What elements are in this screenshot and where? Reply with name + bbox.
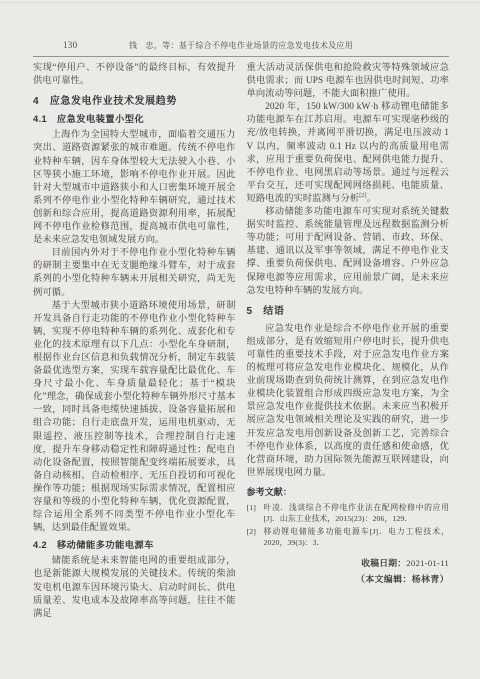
page-header: 130 钱 忠，等：基于综合不停电作业场景的应急发电技术及应用 <box>33 40 449 54</box>
column-right: 重大活动灵活保供电和抢险救灾等特殊领域应急供电需求；而 UPS 电源车也因供电时… <box>247 62 450 621</box>
paragraph-continuation: 重大活动灵活保供电和抢险救灾等特殊领域应急供电需求；而 UPS 电源车也因供电时… <box>247 62 450 101</box>
reference-label: [1] <box>247 502 264 525</box>
section-heading-5: 5 结语 <box>247 305 450 318</box>
subsection-heading-4-2: 4.2 移动储能多功能电源车 <box>33 539 236 552</box>
paragraph: 上海作为全国特大型城市，面临着交通压力突出、道路资源紧张的城市难题。传统不停电作… <box>33 129 236 247</box>
paragraph-text: 。 <box>367 194 376 204</box>
section-heading-4: 4 应急发电作业技术发展趋势 <box>33 95 236 108</box>
scan-edge-line <box>0 2 480 3</box>
paragraph: 移动储能多功能电源车可实现对系统关键数据实时监控、系统能量管理及远程数据监测分析… <box>247 206 450 298</box>
header-rule <box>33 56 449 57</box>
reference-text: 叶凌．浅谈综合不停电作业法在配网检修中的应用[J]．山东工业技术，2015(23… <box>264 502 450 525</box>
paragraph: 2020 年，150 kW/300 kW·h 移动锂电储能多功能电源车在江苏启用… <box>247 101 450 206</box>
paragraph: 基于大型城市狭小道路环境使用场景，研制开发具备自行走功能的不停电作业小型化特种车… <box>33 300 236 536</box>
reference-label: [2] <box>247 526 264 549</box>
reference-text: 移动锂电储能多功能电源车[J]．电力工程技术，2020，39(3)：3． <box>264 526 450 549</box>
received-date-line: 收稿日期：2021-01-11 <box>247 557 450 570</box>
citation-marker: [2] <box>359 193 366 199</box>
editor-note: （本文编辑：杨林青） <box>247 573 450 586</box>
paragraph: 储能系统是未来智能电网的重要组成部分，也是新能源大规模发展的关键技术。传统的柴油… <box>33 555 236 620</box>
subsection-heading-4-1: 4.1 应急发电装置小型化 <box>33 113 236 126</box>
paragraph: 应急发电作业是综合不停电作业开展的重要组成部分，是有效缩短用户停电时长，提升供电… <box>247 323 450 480</box>
references-heading: 参考文献： <box>247 486 450 499</box>
paragraph-text: 2020 年，150 kW/300 kW·h 移动锂电储能多功能电源车在江苏启用… <box>247 102 450 204</box>
paragraph-continuation: 实现“停用户、不停设备”的最终目标，有效提升供电可靠性。 <box>33 62 236 88</box>
two-column-body: 实现“停用户、不停设备”的最终目标，有效提升供电可靠性。 4 应急发电作业技术发… <box>33 62 449 621</box>
reference-item: [1] 叶凌．浅谈综合不停电作业法在配网检修中的应用[J]．山东工业技术，201… <box>247 502 450 525</box>
received-date-value: 2021-01-11 <box>406 558 449 568</box>
paragraph: 目前国内外对于不停电作业小型化特种车辆的研制主要集中在无支腿绝缘斗臂车，对于成套… <box>33 247 236 299</box>
column-left: 实现“停用户、不停设备”的最终目标，有效提升供电可靠性。 4 应急发电作业技术发… <box>33 62 236 621</box>
document-page: 130 钱 忠，等：基于综合不停电作业场景的应急发电技术及应用 实现“停用户、不… <box>0 0 480 679</box>
received-date-label: 收稿日期： <box>361 558 406 568</box>
page-number: 130 <box>63 40 77 50</box>
running-title: 钱 忠，等：基于综合不停电作业场景的应急发电技术及应用 <box>33 40 449 51</box>
reference-item: [2] 移动锂电储能多功能电源车[J]．电力工程技术，2020，39(3)：3． <box>247 526 450 549</box>
